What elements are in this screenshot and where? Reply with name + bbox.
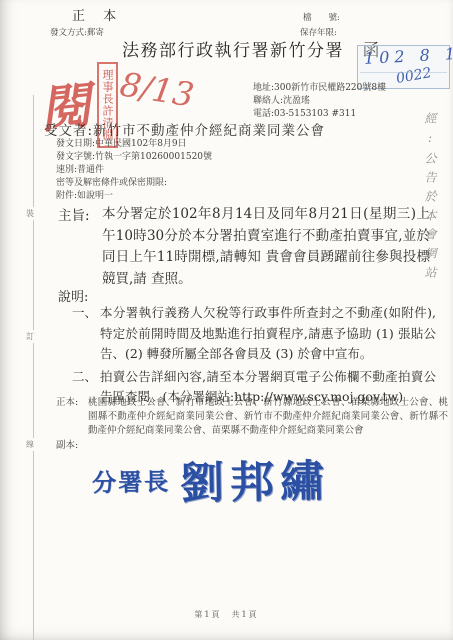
binding-mark-ding: 訂 [26,330,34,343]
binding-line [33,95,34,640]
item-text: 本分署執行義務人欠稅等行政事件所查封之不動產(如附件),特定於前開時間及地點進行… [100,303,436,365]
secrecy-class: 密等及解密條件或保密期限: [56,177,212,190]
signature-name: 劉邦繡 [179,445,330,512]
signature-title: 分署長 [92,462,171,498]
document-number: 發文字號:竹執一字第10260001520號 [56,151,212,164]
subject-label: 主旨: [58,204,102,290]
page-number-footer: 第1頁 共1頁 [0,609,453,620]
original-copies-row: 正本: 桃園縣地政士公會、新竹市地政士公會、新竹縣地政士公會、苗栗縣地政士公會、… [56,396,448,437]
handwritten-red-date: 8/13 [117,64,196,114]
item-number: 一、 [72,303,100,365]
speed-class: 速別:普通件 [56,164,212,177]
explanation-item-1: 一、 本分署執行義務人欠稅等行政事件所查封之不動產(如附件),特定於前開時間及地… [72,303,436,365]
copy-type-label: 正 本 [72,5,123,24]
explanation-list: 一、 本分署執行義務人欠稅等行政事件所查封之不動產(如附件),特定於前開時間及地… [72,303,436,410]
recipient-line: 受文者:新竹市不動產仲介經紀商業同業公會 [44,119,325,139]
receipt-stamp-number-handwriting: 0022 [395,65,433,87]
contact-block: 地址:300新竹市民權路220號8樓 聯絡人:沈盈瑤 電話:03-5153103… [253,82,386,121]
file-number-label: 檔 號: [303,11,340,23]
document-meta-block: 發文日期:中華民國102年8月9日 發文字號:竹執一字第10260001520號… [56,138,212,203]
issue-date: 發文日期:中華民國102年8月9日 [56,138,212,151]
contact-address: 地址:300新竹市民權路220號8樓 [253,82,386,95]
document-title: 法務部行政執行署新竹分署 函 [122,36,381,61]
contact-person: 聯絡人:沈盈瑤 [253,95,386,108]
official-letter-page: 裝 訂 線 正 本 發文方式:郵寄 檔 號: 保存年限: 法務部行政執行署新竹分… [0,0,453,640]
binding-mark-zhuang: 裝 [26,207,34,220]
original-copies-label: 正本: [56,396,88,437]
attachment-note: 附件:如說明一 [56,190,212,203]
director-signature-stamp: 分署長 劉邦繡 [91,445,330,513]
original-copies-list: 桃園縣地政士公會、新竹市地政士公會、新竹縣地政士公會、苗栗縣地政士公會、桃園縣不… [88,396,448,437]
send-method-label: 發文方式:郵寄 [50,26,104,38]
subject-section: 主旨: 本分署定於102年8月14日及同年8月21日(星期三)上午10時30分於… [58,204,430,290]
handwritten-vertical-note: 經:公告於本會網站 [422,112,439,312]
receipt-stamp-date-handwriting: 102 8 13 [364,43,453,68]
distribution-block: 正本: 桃園縣地政士公會、新竹市地政士公會、新竹縣地政士公會、苗栗縣地政士公會、… [56,396,448,453]
binding-mark-xian: 線 [26,438,34,451]
subject-text: 本分署定於102年8月14日及同年8月21日(星期三)上午10時30分於本分署拍… [102,204,430,290]
